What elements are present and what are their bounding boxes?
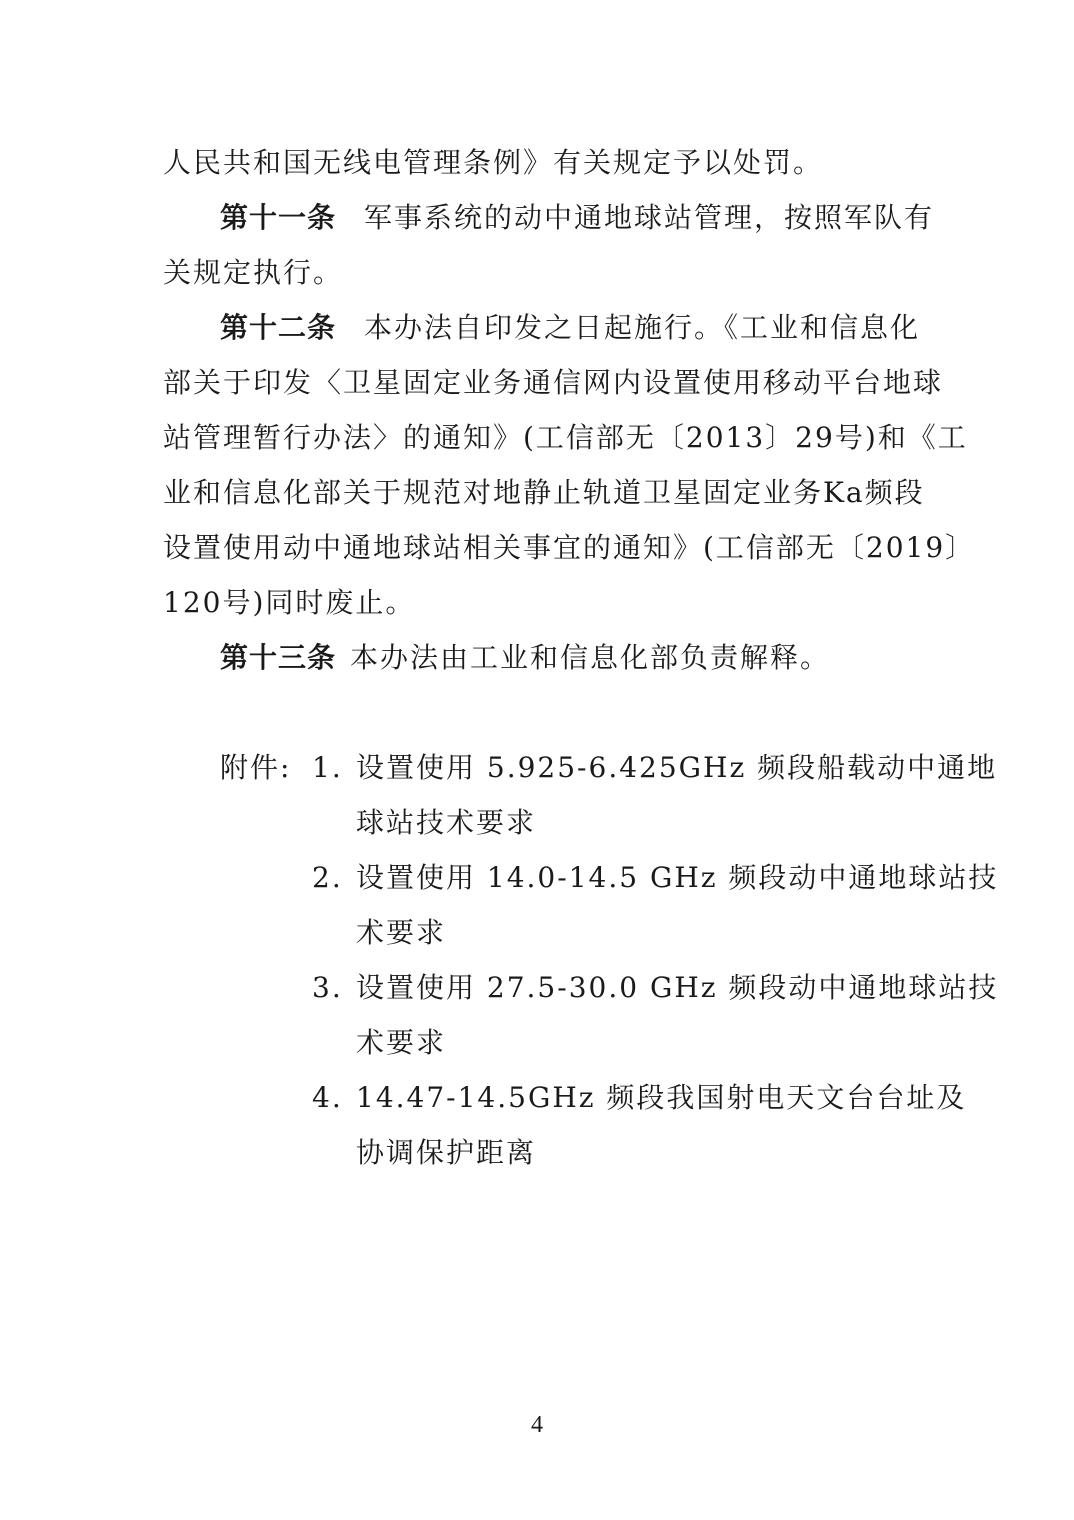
attachment-4-line-1: 14.47-14.5GHz 频段我国射电天文台台址及	[356, 1078, 912, 1118]
article-12-line-3: 站管理暂行办法〉的通知》(工信部无〔2013〕29号)和《工	[163, 418, 911, 458]
paragraph-continuation: 人民共和国无线电管理条例》有关规定予以处罚。	[163, 143, 823, 183]
text-line: 业和信息化部关于规范对地静止轨道卫星固定业务Ka频段	[163, 476, 925, 509]
article-text: 本办法由工业和信息化部负责解释。	[350, 641, 830, 674]
article-12-line-5: 设置使用动中通地球站相关事宜的通知》(工信部无〔2019〕	[163, 528, 911, 568]
text-line: 设置使用 14.0-14.5 GHz 频段动中通地球站技	[356, 861, 998, 894]
text-line: 设置使用 5.925-6.425GHz 频段船载动中通地	[356, 751, 997, 784]
attachment-4-number: 4.	[312, 1078, 343, 1118]
attachment-4-line-2: 协调保护距离	[356, 1133, 536, 1173]
article-13: 第十三条本办法由工业和信息化部负责解释。	[220, 638, 830, 678]
article-text: 本办法自印发之日起施行。《工业和信息化	[364, 311, 920, 344]
text-line: 人民共和国无线电管理条例》有关规定予以处罚。	[163, 146, 823, 179]
attachments-label: 附件:	[220, 748, 291, 788]
text-line: 14.47-14.5GHz 频段我国射电天文台台址及	[356, 1081, 966, 1114]
attachment-2-line-1: 设置使用 14.0-14.5 GHz 频段动中通地球站技	[356, 858, 912, 898]
article-12-line-2: 部关于印发〈卫星固定业务通信网内设置使用移动平台地球	[163, 363, 911, 403]
article-12: 第十二条本办法自印发之日起施行。《工业和信息化	[220, 308, 912, 348]
attachment-2-number: 2.	[312, 858, 343, 898]
attachment-1-number: 1.	[312, 748, 343, 788]
article-12-line-4: 业和信息化部关于规范对地静止轨道卫星固定业务Ka频段	[163, 473, 911, 513]
attachment-3-number: 3.	[312, 968, 343, 1008]
text-line: 关规定执行。	[163, 256, 343, 289]
text-line: 120号)同时废止。	[163, 586, 415, 619]
text-line: 设置使用动中通地球站相关事宜的通知》(工信部无〔2019〕	[163, 531, 975, 564]
article-11: 第十一条军事系统的动中通地球站管理，按照军队有	[220, 198, 912, 238]
article-heading: 第十一条	[220, 201, 336, 234]
text-line: 部关于印发〈卫星固定业务通信网内设置使用移动平台地球	[163, 366, 943, 399]
page-number: 4	[0, 1410, 1074, 1440]
article-heading: 第十三条	[220, 641, 336, 674]
attachment-2-line-2: 术要求	[356, 913, 446, 953]
attachment-1-line-2: 球站技术要求	[356, 803, 536, 843]
attachment-3-line-2: 术要求	[356, 1023, 446, 1063]
text-line: 设置使用 27.5-30.0 GHz 频段动中通地球站技	[356, 971, 998, 1004]
article-11-line-2: 关规定执行。	[163, 253, 343, 293]
attachment-1-line-1: 设置使用 5.925-6.425GHz 频段船载动中通地	[356, 748, 912, 788]
article-text: 军事系统的动中通地球站管理，按照军队有	[364, 201, 934, 234]
article-12-line-6: 120号)同时废止。	[163, 583, 415, 623]
attachment-3-line-1: 设置使用 27.5-30.0 GHz 频段动中通地球站技	[356, 968, 912, 1008]
article-heading: 第十二条	[220, 311, 336, 344]
text-line: 站管理暂行办法〉的通知》(工信部无〔2013〕29号)和《工	[163, 421, 968, 454]
